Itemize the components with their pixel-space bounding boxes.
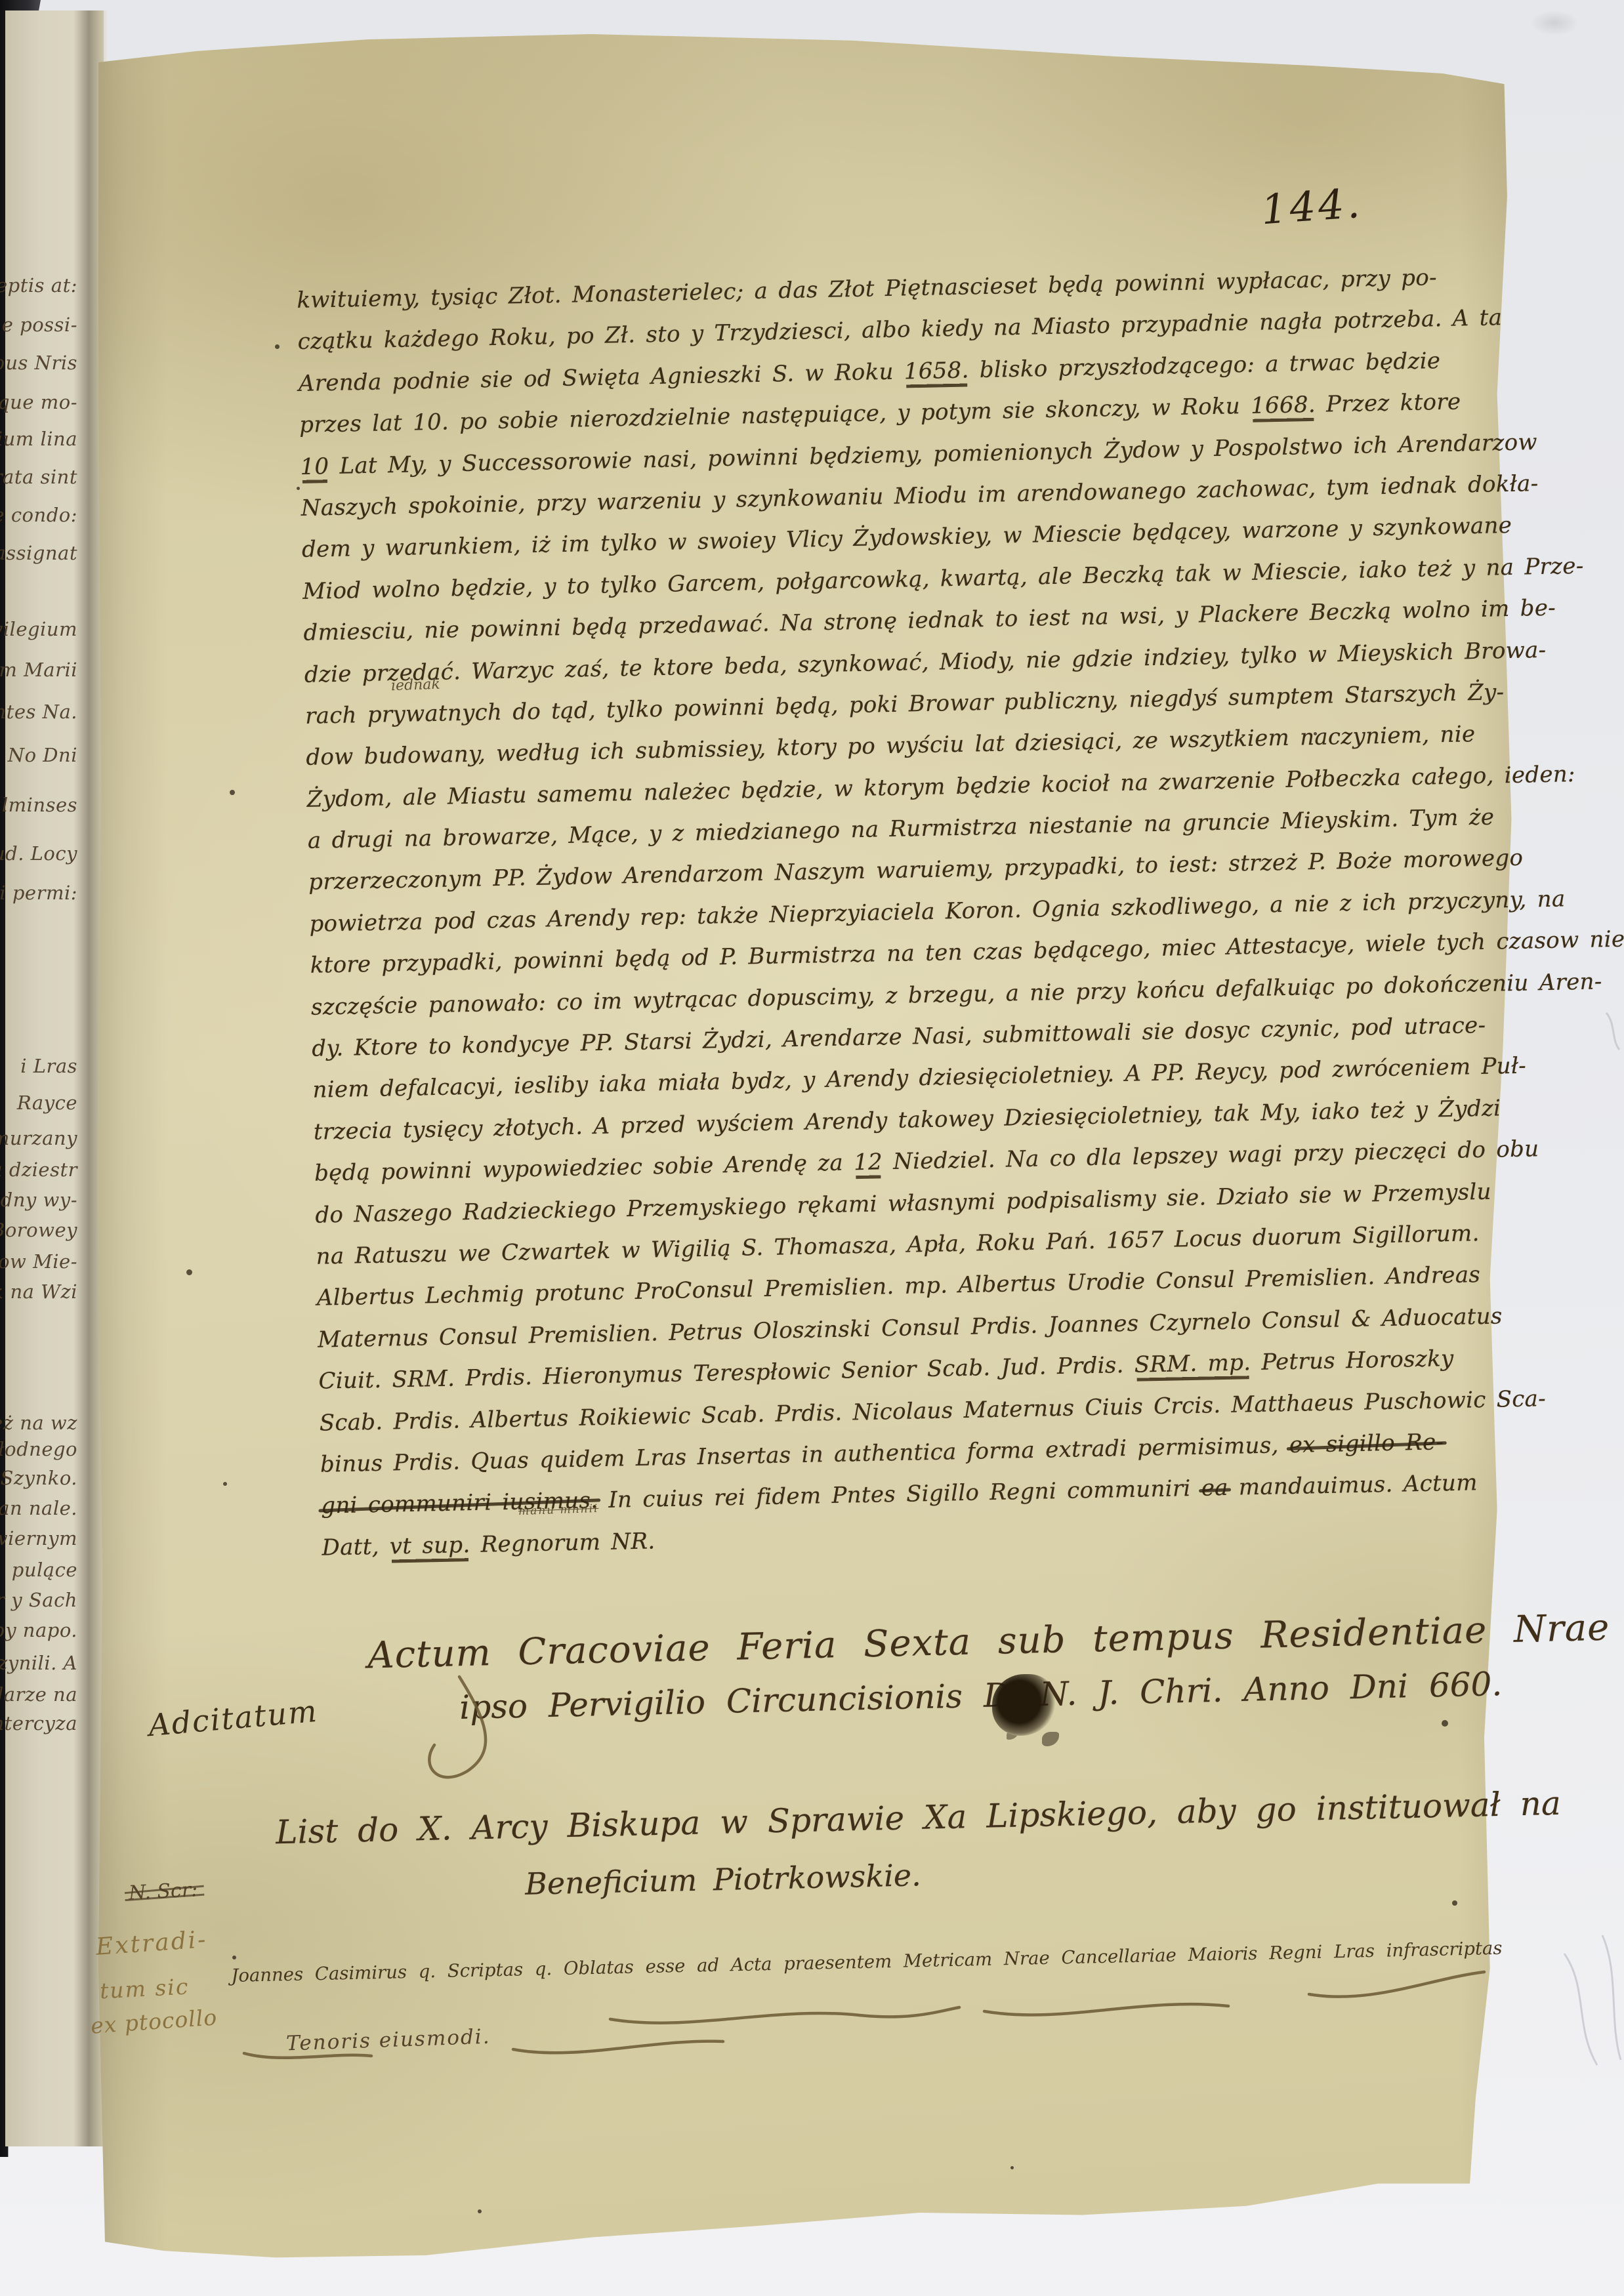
paper-speck — [1442, 1720, 1448, 1727]
paper-speck — [275, 344, 280, 349]
paper-speck — [223, 1482, 227, 1486]
paper-speck — [297, 487, 300, 490]
paper-speck — [1314, 732, 1317, 735]
paper-speck — [1010, 2166, 1014, 2169]
paper-speck — [478, 2209, 482, 2213]
paper-speck — [230, 790, 235, 795]
scanner-smudge — [1530, 10, 1579, 35]
pencil-marks-scanner — [0, 0, 1624, 2296]
paper-speck — [1452, 1900, 1457, 1906]
paper-speck — [186, 1269, 192, 1275]
paper-speck — [232, 1956, 236, 1959]
manuscript-scan: xceptis at:eat, e possi-luccoribus Nrisu… — [0, 0, 1624, 2296]
